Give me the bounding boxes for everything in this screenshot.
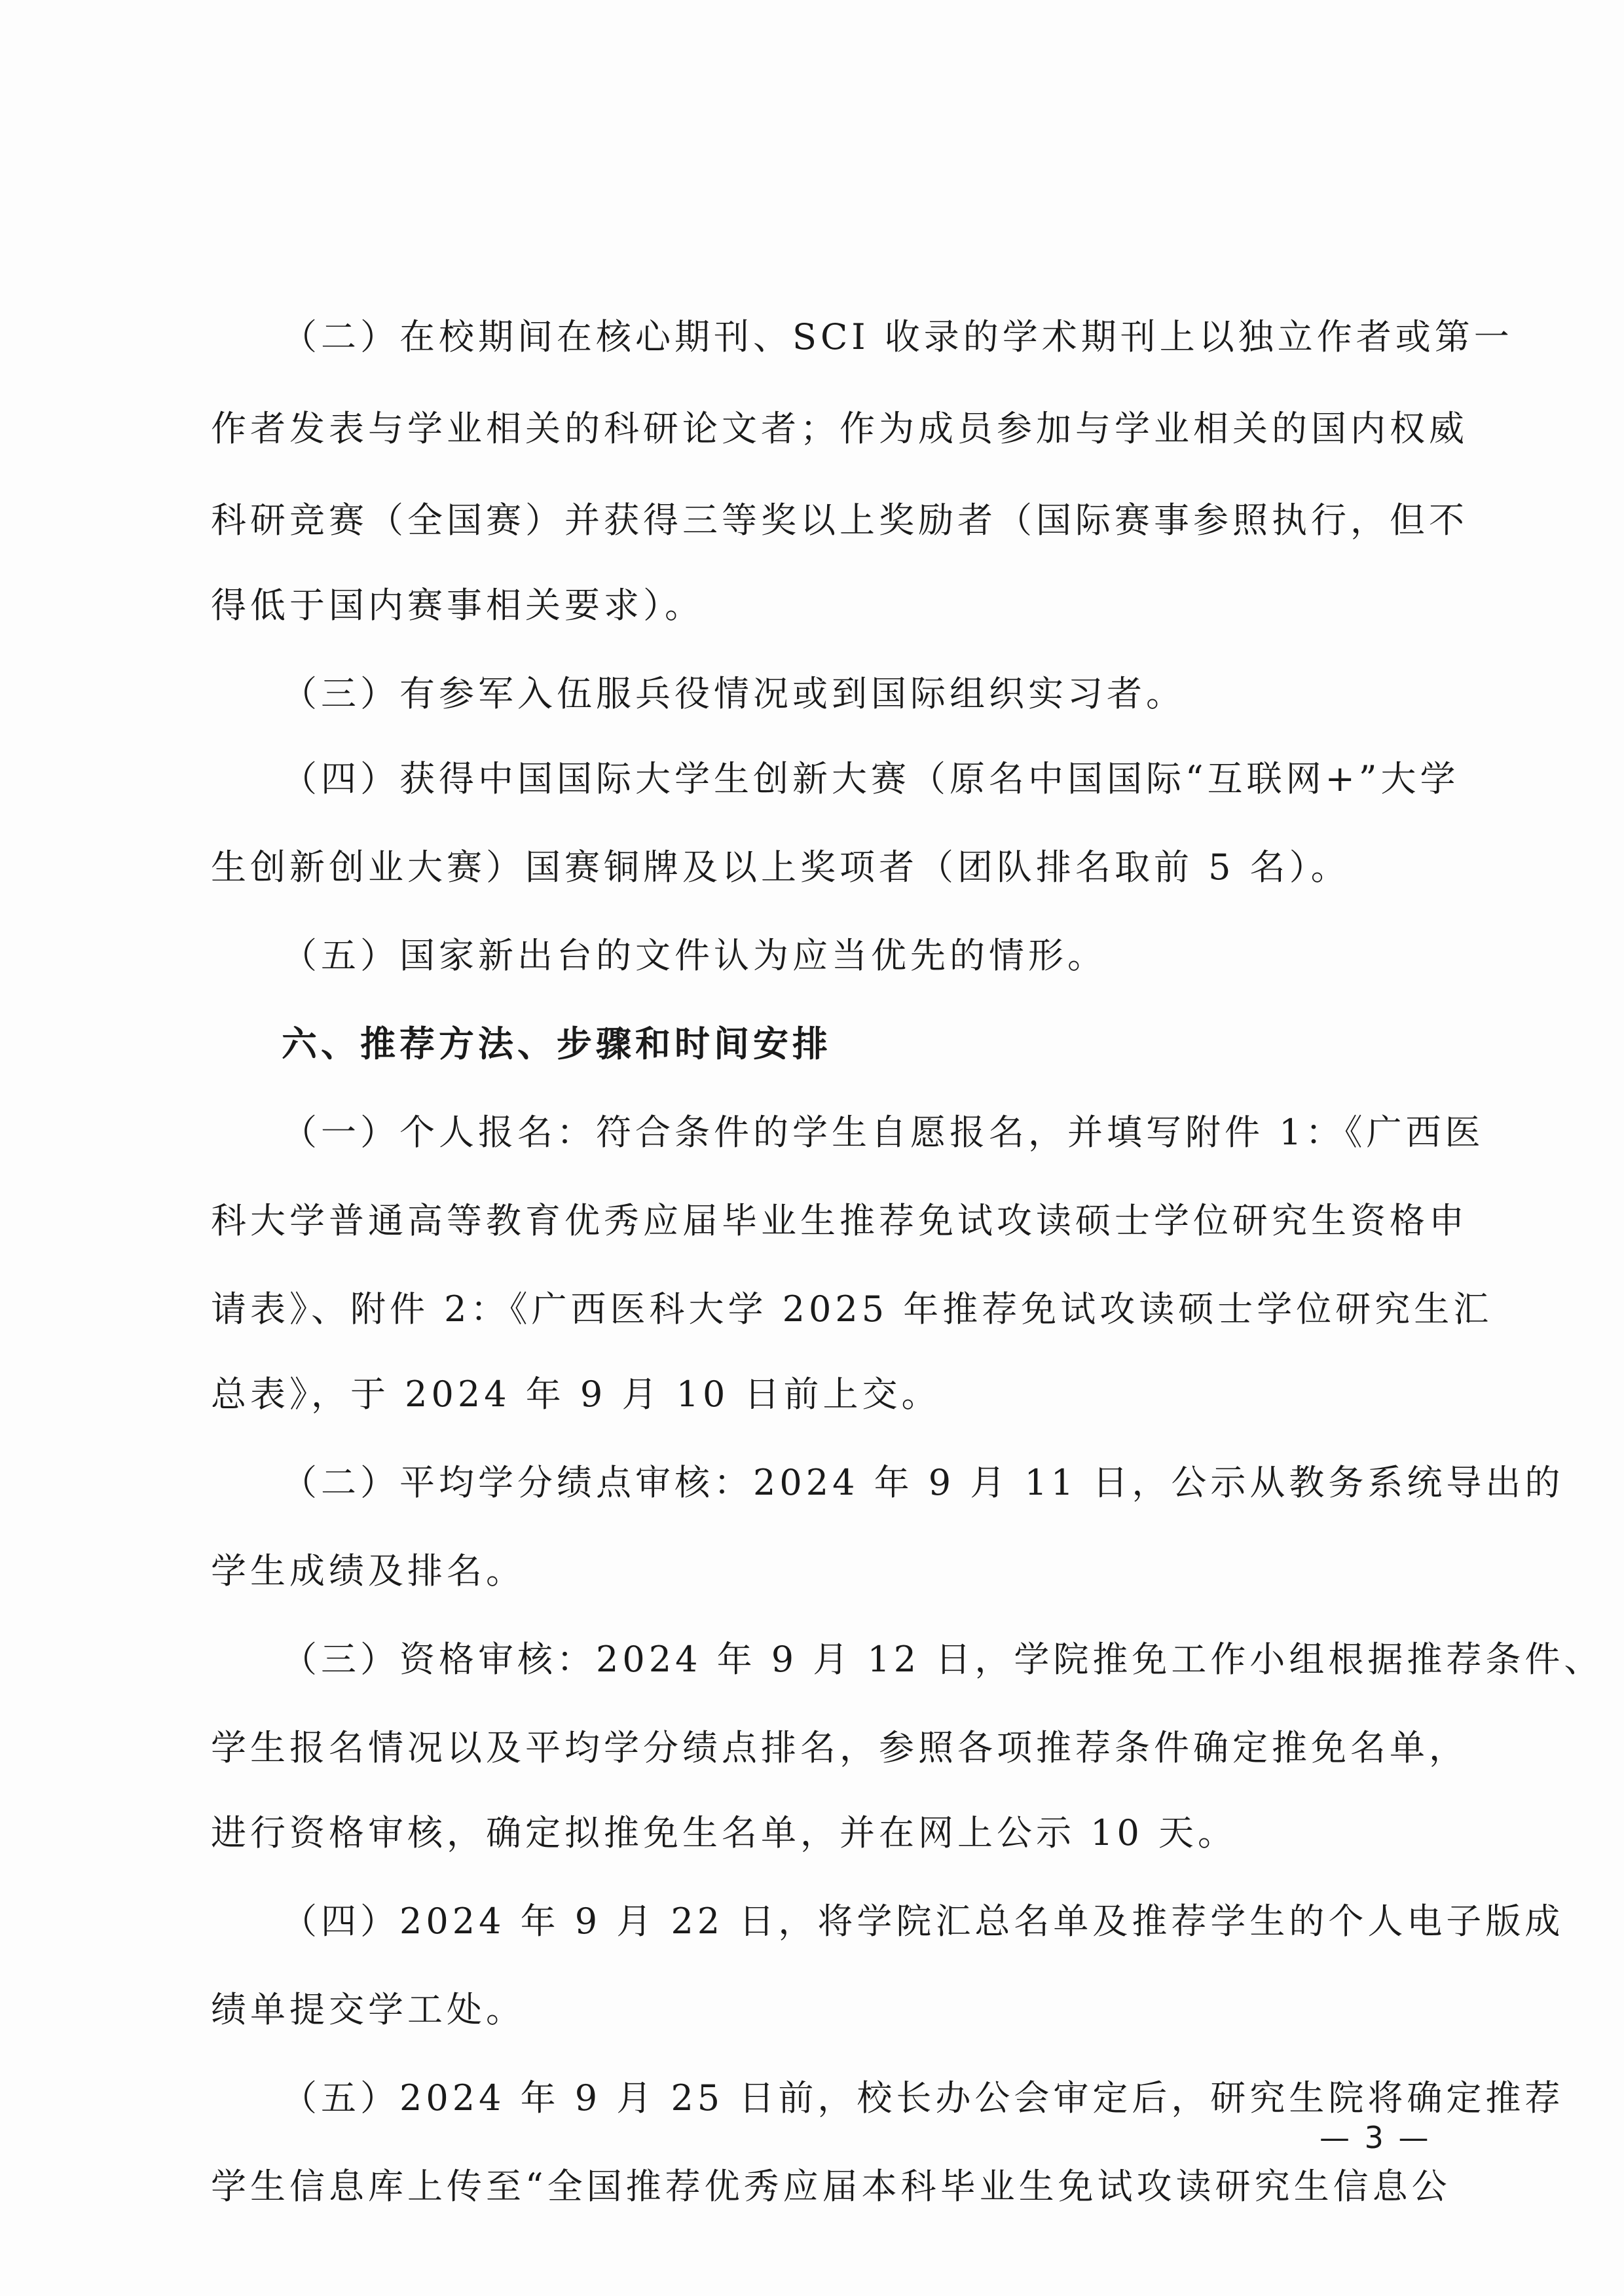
text-line: （三）资格审核：2024 年 9 月 12 日，学院推免工作小组根据推荐条件、: [282, 1614, 1603, 1705]
text-line: （四）获得中国国际大学生创新大赛（原名中国国际“互联网+”大学: [282, 733, 1459, 825]
text-line: 生创新创业大赛）国赛铜牌及以上奖项者（团队排名取前 5 名）。: [211, 822, 1350, 913]
text-line: 总表》，于 2024 年 9 月 10 日前上交。: [211, 1349, 940, 1440]
text-line: 绩单提交学工处。: [211, 1964, 525, 2056]
text-line: 学生成绩及排名。: [211, 1525, 525, 1617]
page-number: — 3 —: [1319, 2120, 1431, 2155]
text-line: 进行资格审核，确定拟推免生名单，并在网上公示 10 天。: [211, 1787, 1237, 1879]
text-line: （二）平均学分绩点审核：2024 年 9 月 11 日，公示从教务系统导出的: [282, 1437, 1564, 1529]
text-line: （二）在校期间在核心期刊、SCI 收录的学术期刊上以独立作者或第一: [282, 291, 1513, 383]
text-line: 学生报名情况以及平均学分绩点排名，参照各项推荐条件确定推免名单，: [211, 1702, 1468, 1794]
text-line: 学生信息库上传至“全国推荐优秀应届本科毕业生免试攻读研究生信息公: [211, 2141, 1451, 2232]
text-line: 得低于国内赛事相关要求）。: [211, 560, 704, 651]
document-page: （二）在校期间在核心期刊、SCI 收录的学术期刊上以独立作者或第一 作者发表与学…: [0, 0, 1624, 2296]
text-line: 请表》、附件 2：《广西医科大学 2025 年推荐免试攻读硕士学位研究生汇: [211, 1264, 1492, 1355]
text-line: 作者发表与学业相关的科研论文者；作为成员参加与学业相关的国内权威: [211, 383, 1468, 475]
text-line: （三）有参军入伍服兵役情况或到国际组织实习者。: [282, 648, 1185, 740]
text-line: （一）个人报名：符合条件的学生自愿报名，并填写附件 1：《广西医: [282, 1087, 1485, 1178]
text-line: 科研竞赛（全国赛）并获得三等奖以上奖励者（国际赛事参照执行，但不: [211, 475, 1468, 566]
section-heading: 六、推荐方法、步骤和时间安排: [282, 998, 832, 1090]
text-line: 科大学普通高等教育优秀应届毕业生推荐免试攻读硕士学位研究生资格申: [211, 1175, 1468, 1267]
text-line: （四）2024 年 9 月 22 日，将学院汇总名单及推荐学生的个人电子版成: [282, 1876, 1564, 1967]
text-line: （五）国家新出台的文件认为应当优先的情形。: [282, 910, 1107, 1002]
